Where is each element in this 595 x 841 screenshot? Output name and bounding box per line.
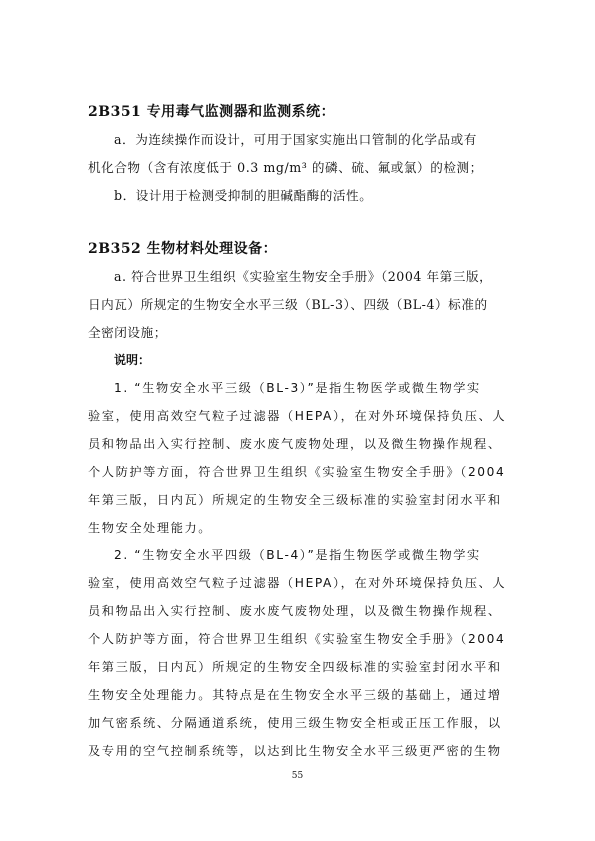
note-line: 个人防护等方面，符合世界卫生组织《实验室生物安全手册》（2004 — [88, 631, 508, 647]
note-line: 生物安全处理能力。其特点是在生物安全水平三级的基础上，通过增 — [88, 687, 508, 703]
page-number: 55 — [0, 770, 595, 782]
paragraph-line: b．设计用于检测受抑制的胆碱酯酶的活性。 — [114, 188, 534, 204]
note-line: 验室，使用高效空气粒子过滤器（HEPA），在对外环境保持负压、人 — [88, 408, 508, 424]
note-line: 个人防护等方面，符合世界卫生组织《实验室生物安全手册》（2004 — [88, 464, 508, 480]
note-line: 2. “生物安全水平四级（BL-4）”是指生物医学或微生物学实 — [114, 547, 534, 563]
paragraph-line: 日内瓦）所规定的生物安全水平三级（BL-3）、四级（BL-4）标准的 — [88, 297, 508, 313]
note-line: 加气密系统、分隔通道系统，使用三级生物安全柜或正压工作服，以 — [88, 715, 508, 731]
document-page: 2B351 专用毒气监测器和监测系统： a．为连续操作而设计，可用于国家实施出口… — [0, 0, 595, 841]
note-line: 年第三版，日内瓦）所规定的生物安全四级标准的实验室封闭水平和 — [88, 659, 508, 675]
paragraph-line: a. 符合世界卫生组织《实验室生物安全手册》（2004 年第三版， — [114, 269, 534, 285]
note-line: 1. “生物安全水平三级（BL-3）”是指生物医学或微生物学实 — [114, 380, 534, 396]
paragraph-line: 全密闭设施； — [88, 325, 508, 341]
note-line: 员和物品出入实行控制、废水废气废物处理，以及微生物操作规程、 — [88, 603, 508, 619]
paragraph-line: 机化合物（含有浓度低于 0.3 mg/m³ 的磷、硫、氟或氯）的检测； — [88, 160, 508, 176]
note-line: 年第三版，日内瓦）所规定的生物安全三级标准的实验室封闭水平和 — [88, 492, 508, 508]
note-label: 说明： — [114, 352, 150, 368]
note-line: 生物安全处理能力。 — [88, 520, 508, 536]
note-line: 及专用的空气控制系统等，以达到比生物安全水平三级更严密的生物 — [88, 743, 508, 759]
note-line: 验室，使用高效空气粒子过滤器（HEPA），在对外环境保持负压、人 — [88, 575, 508, 591]
section-heading-2b352: 2B352 生物材料处理设备： — [88, 240, 277, 258]
section-heading-2b351: 2B351 专用毒气监测器和监测系统： — [88, 103, 335, 121]
paragraph-line: a．为连续操作而设计，可用于国家实施出口管制的化学品或有 — [114, 132, 534, 148]
note-line: 员和物品出入实行控制、废水废气废物处理，以及微生物操作规程、 — [88, 436, 508, 452]
